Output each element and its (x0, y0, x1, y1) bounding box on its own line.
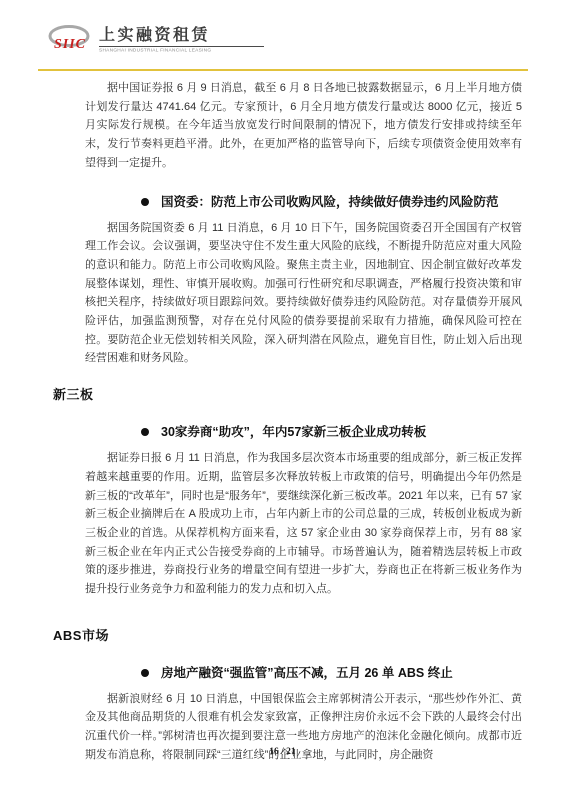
news-heading: 房地产融资“强监管”高压不减，五月 26 单 ABS 终止 (161, 660, 453, 686)
page-number: 16 / 21 (0, 747, 565, 757)
news-paragraph: 据证券日报 6 月 11 日消息，作为我国多层次资本市场重要的组成部分，新三板正… (85, 449, 522, 599)
bullet-icon (141, 428, 149, 436)
bullet-cell (141, 660, 161, 686)
bullet-cell (141, 419, 161, 445)
company-name-en: SHANGHAI INDUSTRIAL FINANCIAL LEASING (99, 48, 211, 53)
bullet-icon (141, 198, 149, 206)
siic-logo-text: SIIC (54, 37, 86, 53)
intro-paragraph: 据中国证券报 6 月 9 日消息，截至 6 月 8 日各地已披露数据显示，6 月… (85, 79, 522, 173)
news-item-heading-neeq: 30家券商“助攻”，年内57家新三板企业成功转板 (141, 419, 522, 445)
news-heading: 30家券商“助攻”，年内57家新三板企业成功转板 (161, 419, 426, 445)
header-gold-rule (38, 69, 528, 71)
news-item-heading-abs: 房地产融资“强监管”高压不减，五月 26 单 ABS 终止 (141, 660, 522, 686)
document-content: 据中国证券报 6 月 9 日消息，截至 6 月 8 日各地已披露数据显示，6 月… (0, 0, 565, 765)
section-label-abs: ABS市场 (53, 625, 522, 644)
logo-names: 上实融资租赁 SHANGHAI INDUSTRIAL FINANCIAL LEA… (99, 26, 264, 57)
company-logo: SIIC 上实融资租赁 SHANGHAI INDUSTRIAL FINANCIA… (48, 24, 264, 56)
document-page: SIIC 上实融资租赁 SHANGHAI INDUSTRIAL FINANCIA… (0, 0, 565, 800)
company-name-cn: 上实融资租赁 (99, 26, 264, 47)
bullet-icon (141, 669, 149, 677)
bullet-cell (141, 189, 161, 215)
news-item-heading-guoziwei: 国资委：防范上市公司收购风险，持续做好债券违约风险防范 (141, 189, 522, 215)
siic-logo-icon: SIIC (48, 24, 92, 56)
news-paragraph: 据国务院国资委 6 月 11 日消息，6 月 10 日下午，国务院国资委召开全国… (85, 219, 522, 369)
news-heading: 国资委：防范上市公司收购风险，持续做好债券违约风险防范 (161, 189, 499, 215)
section-label-neeq: 新三板 (53, 384, 522, 403)
